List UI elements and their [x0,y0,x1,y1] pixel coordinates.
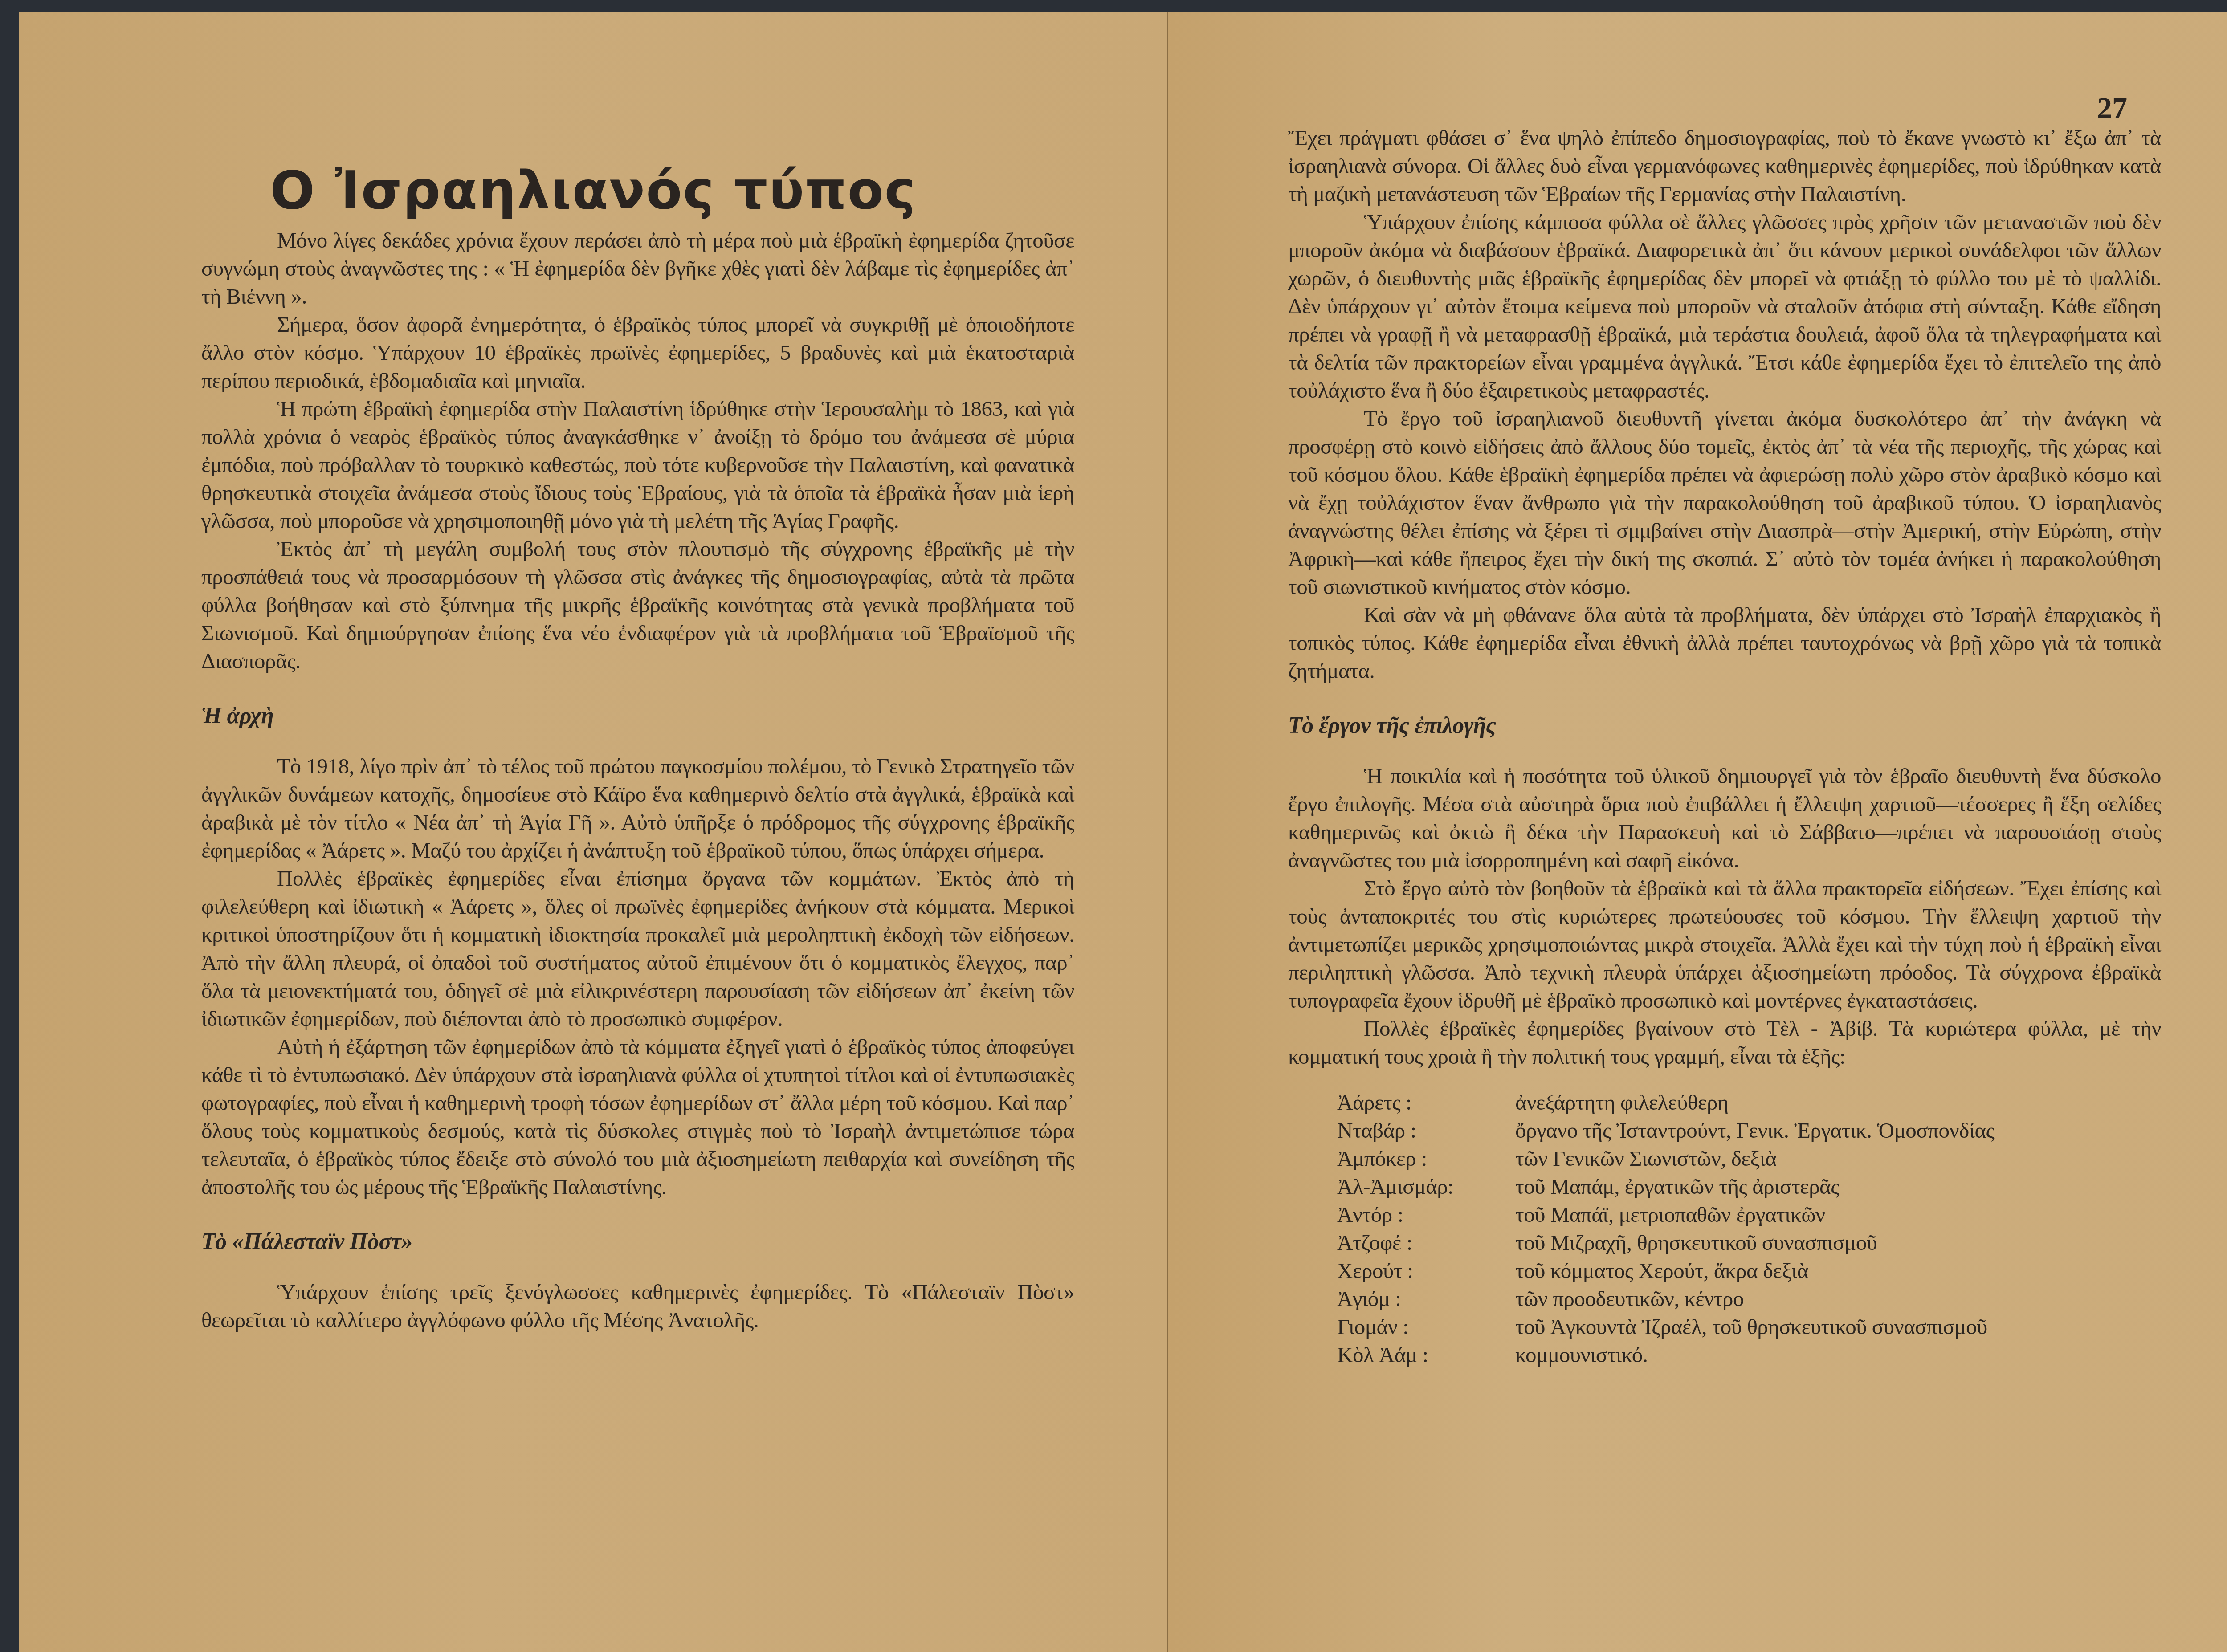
newspaper-affiliation: ὄργανο τῆς Ἰσταντρούντ, Γενικ. Ἐργατικ. … [1515,1116,2161,1144]
list-item: Νταβάρ : ὄργανο τῆς Ἰσταντρούντ, Γενικ. … [1337,1116,2161,1144]
paragraph: Τὸ 1918, λίγο πρὶν ἀπ᾽ τὸ τέλος τοῦ πρώτ… [201,752,1074,864]
right-column: Ἔχει πράγματι φθάσει σ᾽ ἕνα ψηλὸ ἐπίπεδο… [1288,124,2161,1369]
section-heading-palestine-post: Τὸ «Πάλεσταϊν Πὸστ» [201,1228,1074,1256]
paragraph: Τὸ ἔργο τοῦ ἰσραηλιανοῦ διευθυντῆ γίνετα… [1288,404,2161,601]
newspaper-name: Ἀλ-Ἀμισμάρ: [1337,1172,1515,1200]
newspaper-name: Χερούτ : [1337,1257,1515,1285]
newspaper-name: Ἀγιόμ : [1337,1285,1515,1313]
newspaper-name: Ἀντόρ : [1337,1200,1515,1229]
paragraph: Πολλὲς ἑβραϊκὲς ἐφημερίδες εἶναι ἐπίσημα… [201,864,1074,1033]
newspaper-affiliation: τῶν Γενικῶν Σιωνιστῶν, δεξιὰ [1515,1144,2161,1172]
list-item: Ἀάρετς : ἀνεξάρτητη φιλελεύθερη [1337,1088,2161,1116]
list-item: Χερούτ : τοῦ κόμματος Χερούτ, ἄκρα δεξιὰ [1337,1257,2161,1285]
paragraph: Αὐτὴ ἡ ἐξάρτηση τῶν ἐφημερίδων ἀπὸ τὰ κό… [201,1033,1074,1201]
newspaper-name: Νταβάρ : [1337,1116,1515,1144]
paragraph: Ἡ πρώτη ἑβραϊκὴ ἐφημερίδα στὴν Παλαιστίν… [201,395,1074,535]
paragraph: Ἔχει πράγματι φθάσει σ᾽ ἕνα ψηλὸ ἐπίπεδο… [1288,124,2161,208]
list-item: Γιομάν : τοῦ Ἀγκουντὰ Ἰζραέλ, τοῦ θρησκε… [1337,1313,2161,1341]
list-item: Ἀλ-Ἀμισμάρ: τοῦ Μαπάμ, ἐργατικῶν τῆς ἀρι… [1337,1172,2161,1200]
right-page: 27 Ἔχει πράγματι φθάσει σ᾽ ἕνα ψηλὸ ἐπίπ… [1168,12,2227,1652]
left-page: Ο Ἰσραηλιανός τύπος Μόνο λίγες δεκάδες χ… [19,12,1168,1652]
newspaper-affiliation: τοῦ Μαπάμ, ἐργατικῶν τῆς ἀριστερᾶς [1515,1172,2161,1200]
newspaper-affiliation: τοῦ Ἀγκουντὰ Ἰζραέλ, τοῦ θρησκευτικοῦ συ… [1515,1313,2161,1341]
paragraph: Ὑπάρχουν ἐπίσης κάμποσα φύλλα σὲ ἄλλες γ… [1288,208,2161,404]
list-item: Ἀμπόκερ : τῶν Γενικῶν Σιωνιστῶν, δεξιὰ [1337,1144,2161,1172]
list-item: Κὸλ Ἀάμ : κομμουνιστικό. [1337,1341,2161,1369]
newspaper-name: Γιομάν : [1337,1313,1515,1341]
section-heading-selection: Τὸ ἔργον τῆς ἐπιλογῆς [1288,712,2161,740]
newspaper-affiliation: κομμουνιστικό. [1515,1341,2161,1369]
newspaper-party-list: Ἀάρετς : ἀνεξάρτητη φιλελεύθερη Νταβάρ :… [1337,1088,2161,1369]
paragraph: Καὶ σὰν νὰ μὴ φθάνανε ὅλα αὐτὰ τὰ προβλή… [1288,601,2161,685]
newspaper-name: Κὸλ Ἀάμ : [1337,1341,1515,1369]
newspaper-affiliation: τῶν προοδευτικῶν, κέντρο [1515,1285,2161,1313]
paragraph: Ἡ ποικιλία καὶ ἡ ποσότητα τοῦ ὑλικοῦ δημ… [1288,762,2161,874]
paragraph: Πολλὲς ἑβραϊκὲς ἐφημερίδες βγαίνουν στὸ … [1288,1014,2161,1070]
newspaper-name: Ἀτζοφέ : [1337,1229,1515,1257]
left-column: Μόνο λίγες δεκάδες χρόνια ἔχουν περάσει … [201,226,1074,1334]
book-spread: Ο Ἰσραηλιανός τύπος Μόνο λίγες δεκάδες χ… [19,12,2227,1652]
newspaper-affiliation: τοῦ Μιζραχῆ, θρησκευτικοῦ συνασπισμοῦ [1515,1229,2161,1257]
newspaper-affiliation: τοῦ κόμματος Χερούτ, ἄκρα δεξιὰ [1515,1257,2161,1285]
list-item: Ἀγιόμ : τῶν προοδευτικῶν, κέντρο [1337,1285,2161,1313]
paragraph: Ὑπάρχουν ἐπίσης τρεῖς ξενόγλωσσες καθημε… [201,1278,1074,1334]
newspaper-name: Ἀάρετς : [1337,1088,1515,1116]
section-heading-beginning: Ἡ ἀρχὴ [201,702,1074,730]
paragraph: Ἐκτὸς ἀπ᾽ τὴ μεγάλη συμβολή τους στὸν πλ… [201,535,1074,675]
list-item: Ἀτζοφέ : τοῦ Μιζραχῆ, θρησκευτικοῦ συνασ… [1337,1229,2161,1257]
newspaper-name: Ἀμπόκερ : [1337,1144,1515,1172]
newspaper-affiliation: τοῦ Μαπάϊ, μετριοπαθῶν ἐργατικῶν [1515,1200,2161,1229]
newspaper-affiliation: ἀνεξάρτητη φιλελεύθερη [1515,1088,2161,1116]
list-item: Ἀντόρ : τοῦ Μαπάϊ, μετριοπαθῶν ἐργατικῶν [1337,1200,2161,1229]
paragraph: Μόνο λίγες δεκάδες χρόνια ἔχουν περάσει … [201,226,1074,310]
paragraph: Σήμερα, ὅσον ἀφορᾶ ἐνημερότητα, ὁ ἑβραϊκ… [201,310,1074,395]
paragraph: Στὸ ἔργο αὐτὸ τὸν βοηθοῦν τὰ ἑβραϊκὰ καὶ… [1288,874,2161,1014]
page-number: 27 [2097,90,2127,126]
article-title: Ο Ἰσραηλιανός τύπος [19,159,1168,221]
